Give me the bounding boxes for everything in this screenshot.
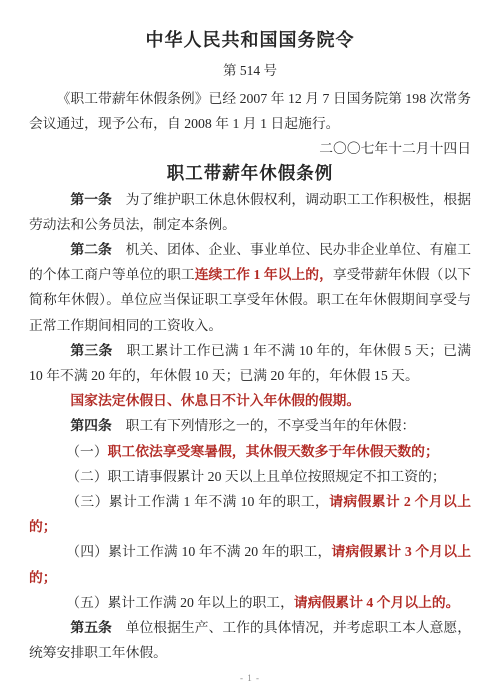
intro-paragraph: 《职工带薪年休假条例》已经 2007 年 12 月 7 日国务院第 198 次常… [29,86,471,136]
text-segment: （四）累计工作满 10 年不满 20 年的职工， [66,544,331,559]
text-segment: （五）累计工作满 20 年以上的职工， [66,595,294,610]
highlighted-text: 国家法定休假日、休息日不计入年休假的假期。 [70,393,360,408]
decree-number: 第 514 号 [29,62,471,79]
highlighted-text: 职工依法享受寒暑假，其休假天数多于年休假天数的； [108,444,439,459]
regulation-body: 第一条 为了维护职工休息休假权利，调动职工工作积极性，根据劳动法和公务员法，制定… [29,187,471,666]
document-page: 中华人民共和国国务院令 第 514 号 《职工带薪年休假条例》已经 2007 年… [0,0,500,698]
article-4-item-2: （二）职工请事假累计 20 天以上且单位按照规定不扣工资的； [29,464,471,489]
article-2: 第二条 机关、团体、企业、事业单位、民办非企业单位、有雇工的个体工商户等单位的职… [29,237,471,338]
regulation-title: 职工带薪年休假条例 [29,162,471,184]
text-segment: 第四条 [70,418,111,433]
decree-title: 中华人民共和国国务院令 [29,0,471,51]
text-segment: （三）累计工作满 1 年不满 10 年的职工， [66,494,329,509]
article-4-item-4: （四）累计工作满 10 年不满 20 年的职工，请病假累计 3 个月以上的； [29,539,471,589]
text-segment: （一） [66,444,107,459]
article-4: 第四条 职工有下列情形之一的，不享受当年的年休假： [29,413,471,438]
highlighted-text: 请病假累计 4 个月以上的。 [294,595,460,610]
article-4-item-1: （一）职工依法享受寒暑假，其休假天数多于年休假天数的； [29,439,471,464]
article-5: 第五条 单位根据生产、工作的具体情况，并考虑职工本人意愿，统筹安排职工年休假。 [29,615,471,665]
article-4-item-5: （五）累计工作满 20 年以上的职工，请病假累计 4 个月以上的。 [29,590,471,615]
text-segment: 第二条 [70,242,111,257]
page-number: - 1 - [0,673,500,684]
text-segment: 职工有下列情形之一的，不享受当年的年休假： [112,418,416,433]
text-segment: 第五条 [70,620,111,635]
article-1: 第一条 为了维护职工休息休假权利，调动职工工作积极性，根据劳动法和公务员法，制定… [29,187,471,237]
article-4-item-3: （三）累计工作满 1 年不满 10 年的职工，请病假累计 2 个月以上的； [29,489,471,539]
highlighted-text: 连续工作 1 年以上的， [195,267,333,282]
decree-date: 二〇〇七年十二月十四日 [29,136,471,161]
text-segment: 第一条 [70,192,111,207]
text-segment: 第三条 [70,343,112,358]
article-3: 第三条 职工累计工作已满 1 年不满 10 年的，年休假 5 天；已满 10 年… [29,338,471,388]
article-3-note: 国家法定休假日、休息日不计入年休假的假期。 [29,388,471,413]
text-segment: （二）职工请事假累计 20 天以上且单位按照规定不扣工资的； [66,469,445,484]
